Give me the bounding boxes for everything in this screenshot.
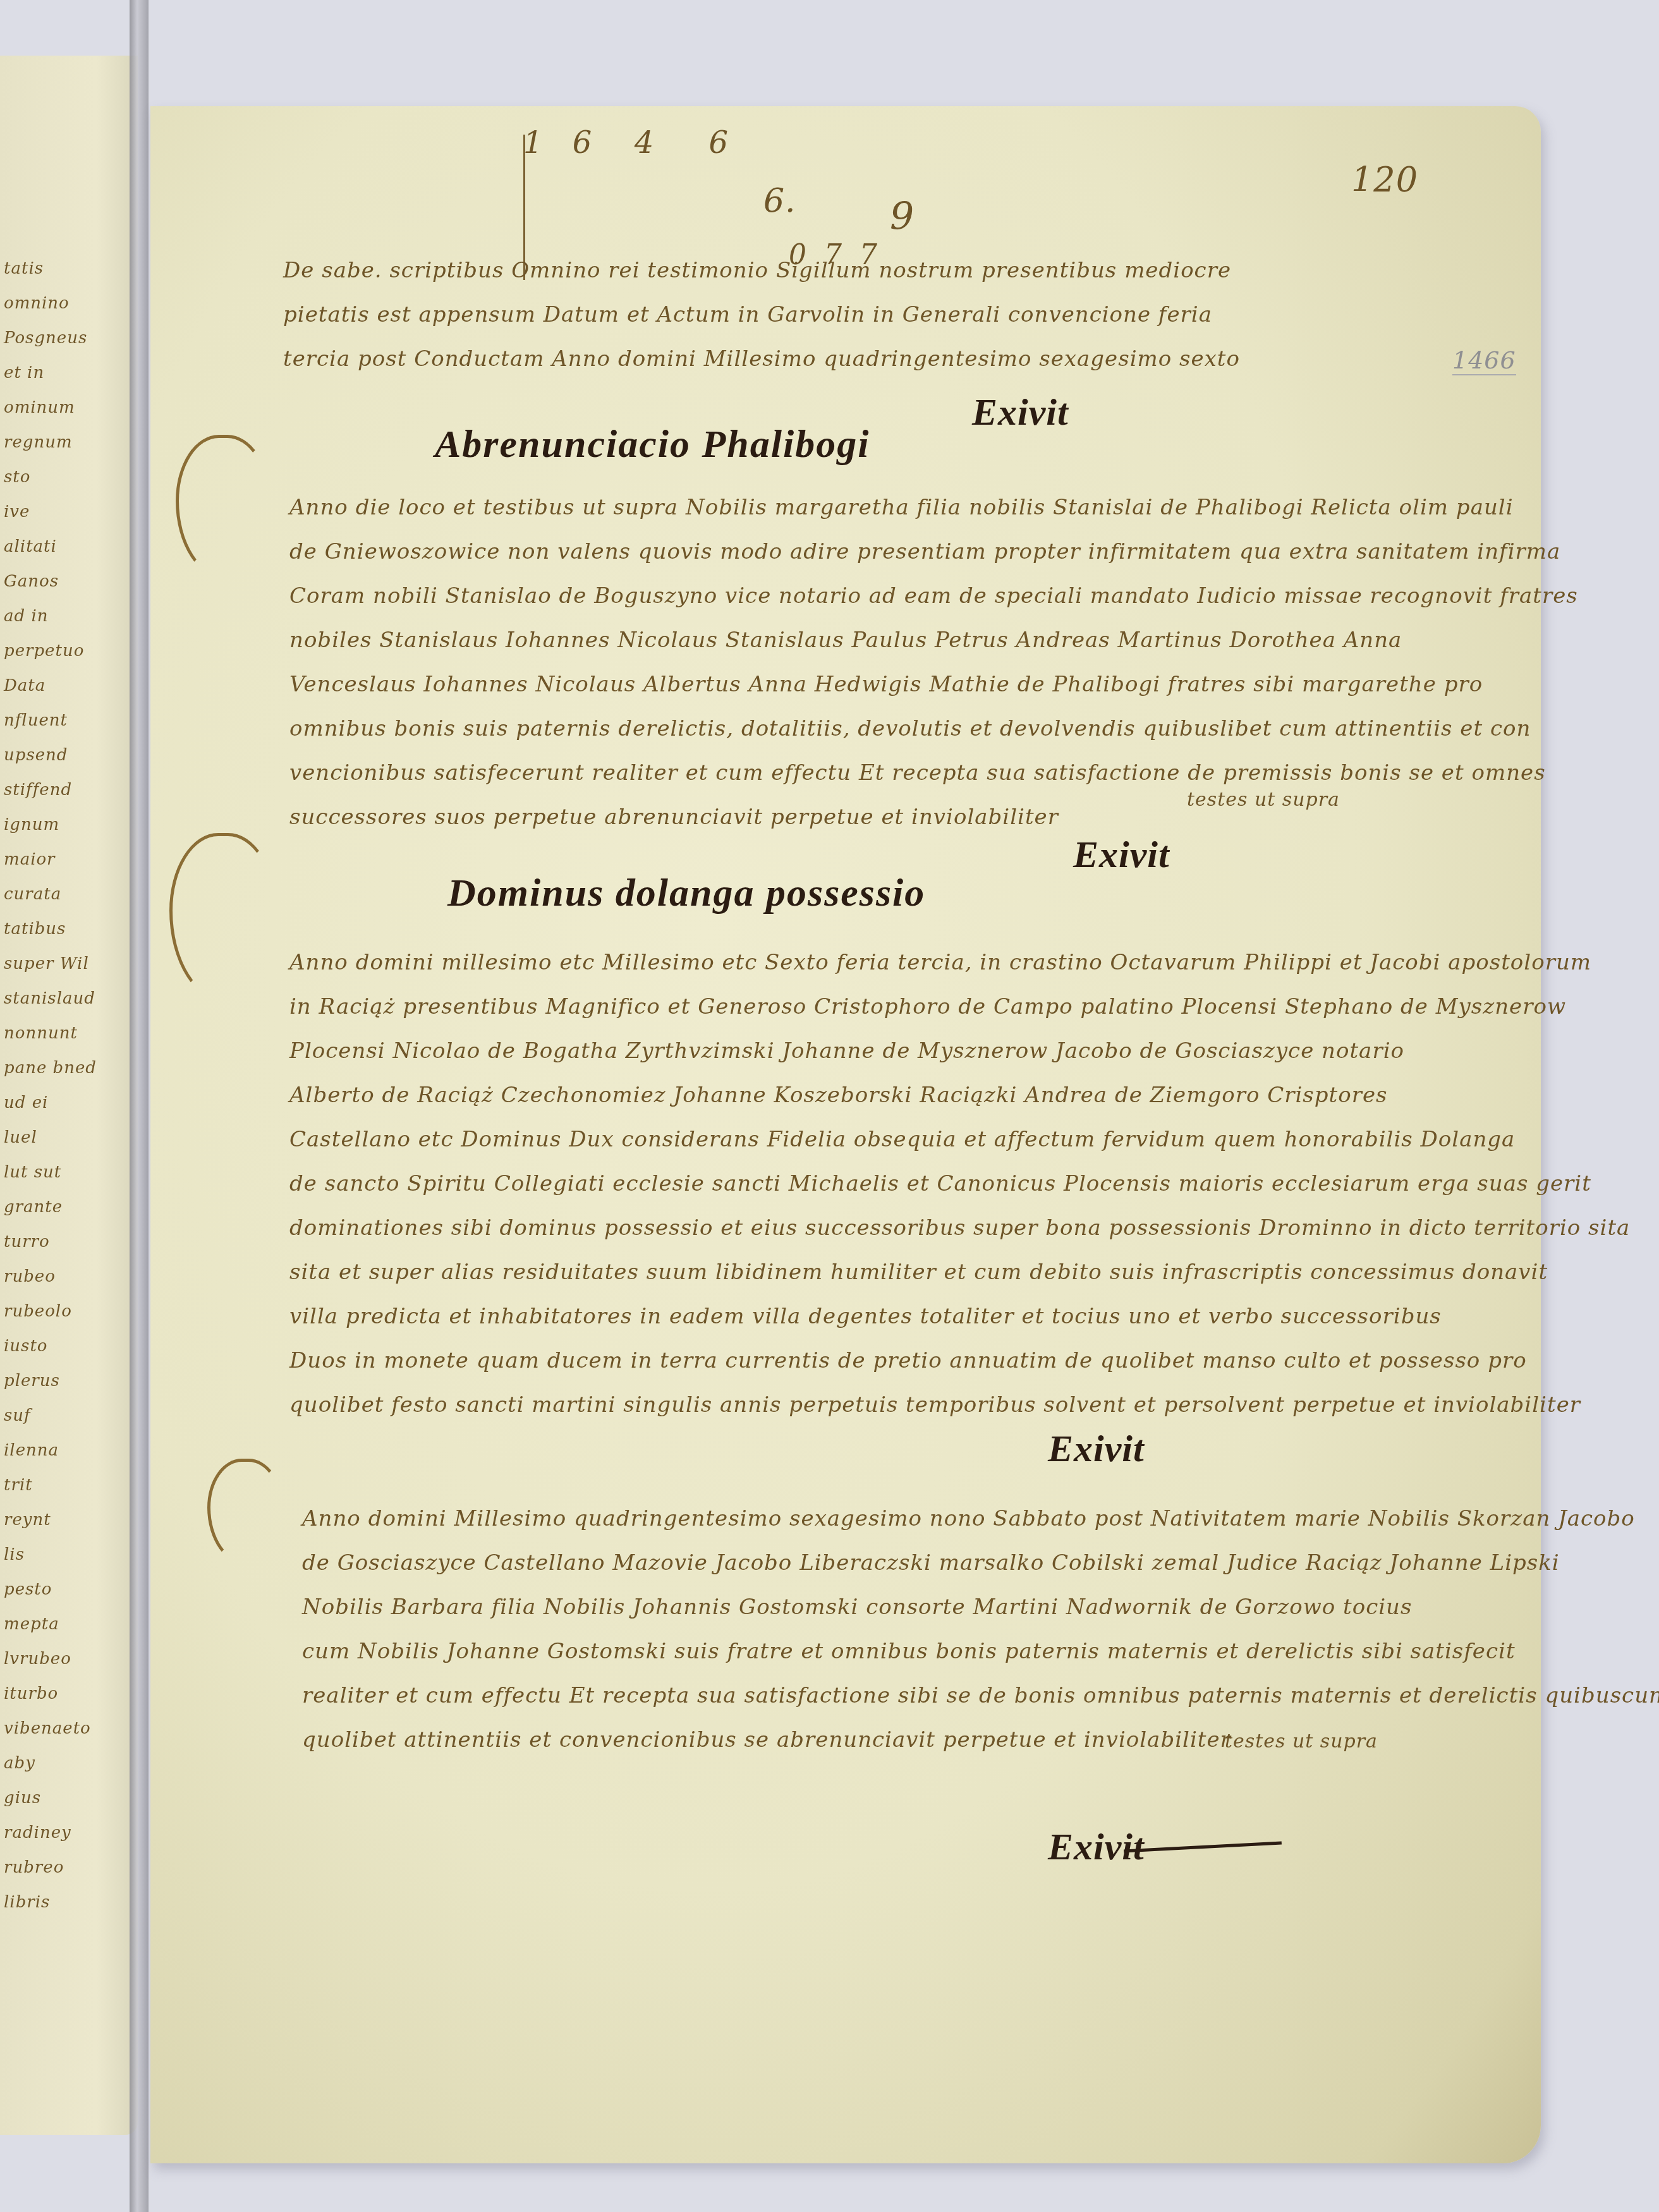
text-line: pietatis est appensum Datum et Actum in …	[283, 293, 1240, 337]
left-page-fragment: ive	[4, 495, 30, 529]
left-page-fragment: suf	[4, 1399, 31, 1433]
line-end-note: testes ut supra	[1187, 789, 1340, 811]
text-line: De sabe. scriptibus Omnino rei testimoni…	[283, 248, 1240, 293]
top-annotation-9: 9	[890, 195, 915, 239]
left-page-fragment: mepta	[4, 1607, 59, 1641]
left-page-fragment: plerus	[4, 1364, 60, 1398]
text-line: realiter et cum effectu Et recepta sua s…	[302, 1674, 1659, 1718]
left-page-fragment: nfluent	[4, 703, 68, 738]
text-line: tercia post Conductam Anno domini Milles…	[283, 337, 1240, 381]
entry-body-abrenunciacio: Anno die loco et testibus ut supra Nobil…	[289, 485, 1578, 839]
text-line: villa predicta et inhabitatores in eadem…	[289, 1294, 1630, 1339]
left-page-fragment: gius	[4, 1781, 41, 1815]
margin-note-exivit: Exivit	[1048, 1427, 1145, 1471]
left-page-fragment: pane bned	[4, 1051, 97, 1085]
entry-continuation: De sabe. scriptibus Omnino rei testimoni…	[283, 248, 1240, 381]
left-page-fragment: upsend	[4, 738, 68, 772]
margin-note-exivit: Exivit	[972, 391, 1069, 434]
text-line: Plocensi Nicolao de Bogatha Zyrthvzimski…	[289, 1029, 1630, 1073]
text-line: quolibet festo sancti martini singulis a…	[289, 1383, 1630, 1427]
left-page-fragment: ignum	[4, 808, 59, 842]
left-page-fragment: ad in	[4, 599, 48, 633]
initial-flourish	[169, 833, 277, 1004]
text-line: de Gosciaszyce Castellano Mazovie Jacobo…	[302, 1541, 1659, 1585]
text-line: Anno domini Millesimo quadringentesimo s…	[302, 1497, 1659, 1541]
text-line: in Raciąż presentibus Magnifico et Gener…	[289, 985, 1630, 1029]
folio-number: 120	[1351, 160, 1418, 200]
entry-heading-abrenunciacio: Abrenunciacio Phalibogi	[435, 422, 870, 467]
left-page-fragment: omnino	[4, 286, 70, 320]
left-page-fragment: maior	[4, 842, 56, 877]
text-line: Coram nobili Stanislao de Boguszyno vice…	[289, 574, 1578, 618]
text-line: vencionibus satisfecerunt realiter et cu…	[289, 751, 1578, 795]
text-line: dominationes sibi dominus possessio et e…	[289, 1206, 1630, 1250]
left-page-fragment: et in	[4, 356, 44, 390]
left-page-fragment: Posgneus	[4, 321, 87, 355]
entry-body-barbara: Anno domini Millesimo quadringentesimo s…	[302, 1497, 1659, 1762]
left-page-fragment: sto	[4, 460, 30, 494]
text-line: de sancto Spiritu Collegiati ecclesie sa…	[289, 1162, 1630, 1206]
left-page-fragment: trit	[4, 1468, 33, 1502]
text-line: de Gniewoszowice non valens quovis modo …	[289, 530, 1578, 574]
left-page-fragment: iturbo	[4, 1677, 58, 1711]
initial-flourish	[207, 1459, 283, 1566]
text-line: Alberto de Raciąż Czechonomiez Johanne K…	[289, 1073, 1630, 1117]
left-page-fragment: rubeolo	[4, 1294, 72, 1328]
left-page-fragment: lvrubeo	[4, 1642, 71, 1676]
closing-mark-exivit: Exivit	[1048, 1825, 1145, 1869]
text-line: cum Nobilis Johanne Gostomski suis fratr…	[302, 1629, 1659, 1674]
left-page-fragment: radiney	[4, 1816, 71, 1850]
text-line: Anno domini millesimo etc Millesimo etc …	[289, 940, 1630, 985]
left-page-fragment: lis	[4, 1538, 25, 1572]
left-page-fragment: tatibus	[4, 912, 66, 946]
pencil-year-note: 1466	[1452, 346, 1516, 375]
left-page-fragment: libris	[4, 1885, 50, 1919]
text-line: sita et super alias residuitates suum li…	[289, 1250, 1630, 1294]
text-line: Anno die loco et testibus ut supra Nobil…	[289, 485, 1578, 530]
text-line: successores suos perpetue abrenunciavit …	[289, 795, 1578, 839]
left-page-fragment: super Wil	[4, 947, 89, 981]
left-page-fragment: turro	[4, 1225, 50, 1259]
left-page-fragment: rubeo	[4, 1260, 56, 1294]
left-page-fragment: curata	[4, 877, 61, 911]
left-page-fragment: aby	[4, 1746, 35, 1780]
margin-note-exivit: Exivit	[1073, 833, 1170, 877]
closing-mark-stroke	[1124, 1841, 1282, 1852]
left-page-fragment: vibenaeto	[4, 1711, 91, 1746]
left-page-fragment: ominum	[4, 391, 75, 425]
entry-heading-dominus-dolanga: Dominus dolanga possessio	[447, 871, 925, 916]
text-line: nobiles Stanislaus Iohannes Nicolaus Sta…	[289, 618, 1578, 662]
left-page-fragment: reynt	[4, 1503, 51, 1537]
left-page-fragment: tatis	[4, 252, 44, 286]
left-page-fragment: Ganos	[4, 564, 59, 599]
left-page-fragment: regnum	[4, 425, 73, 459]
left-page: tatisomninoPosgneuset inominumregnumstoi…	[0, 56, 138, 2135]
left-page-fragment: iusto	[4, 1329, 48, 1363]
left-page-fragment: nonnunt	[4, 1016, 78, 1050]
entry-body-dominus-dolanga: Anno domini millesimo etc Millesimo etc …	[289, 940, 1630, 1427]
line-end-note: testes ut supra	[1225, 1730, 1378, 1753]
left-page-fragment: alitati	[4, 530, 57, 564]
left-page-fragment: grante	[4, 1190, 63, 1224]
left-page-fragment: ud ei	[4, 1086, 48, 1120]
left-page-fragment: rubreo	[4, 1850, 64, 1885]
text-line: Duos in monete quam ducem in terra curre…	[289, 1339, 1630, 1383]
top-annotation-numbers: 1 6 4 6	[523, 125, 729, 161]
left-page-fragment: ilenna	[4, 1433, 59, 1468]
left-page-fragment: perpetuo	[4, 634, 84, 668]
left-page-fragment: stiffend	[4, 773, 72, 807]
left-page-fragment: pesto	[4, 1572, 52, 1607]
right-page: 1 6 4 6 6. 9 077 120 1466 De sabe. scrip…	[150, 106, 1541, 2163]
left-page-fragment: luel	[4, 1121, 37, 1155]
text-line: Venceslaus Iohannes Nicolaus Albertus An…	[289, 662, 1578, 707]
text-line: omnibus bonis suis paternis derelictis, …	[289, 707, 1578, 751]
book-gutter-clamp	[130, 0, 149, 2212]
left-page-fragment: lut sut	[4, 1155, 61, 1189]
text-line: Nobilis Barbara filia Nobilis Johannis G…	[302, 1585, 1659, 1629]
text-line: Castellano etc Dominus Dux considerans F…	[289, 1117, 1630, 1162]
left-page-fragment: stanislaud	[4, 981, 95, 1016]
left-page-fragment: Data	[4, 669, 46, 703]
initial-flourish	[176, 435, 270, 580]
top-annotation-6: 6.	[763, 182, 796, 220]
text-line: quolibet attinentiis et convencionibus s…	[302, 1718, 1659, 1762]
